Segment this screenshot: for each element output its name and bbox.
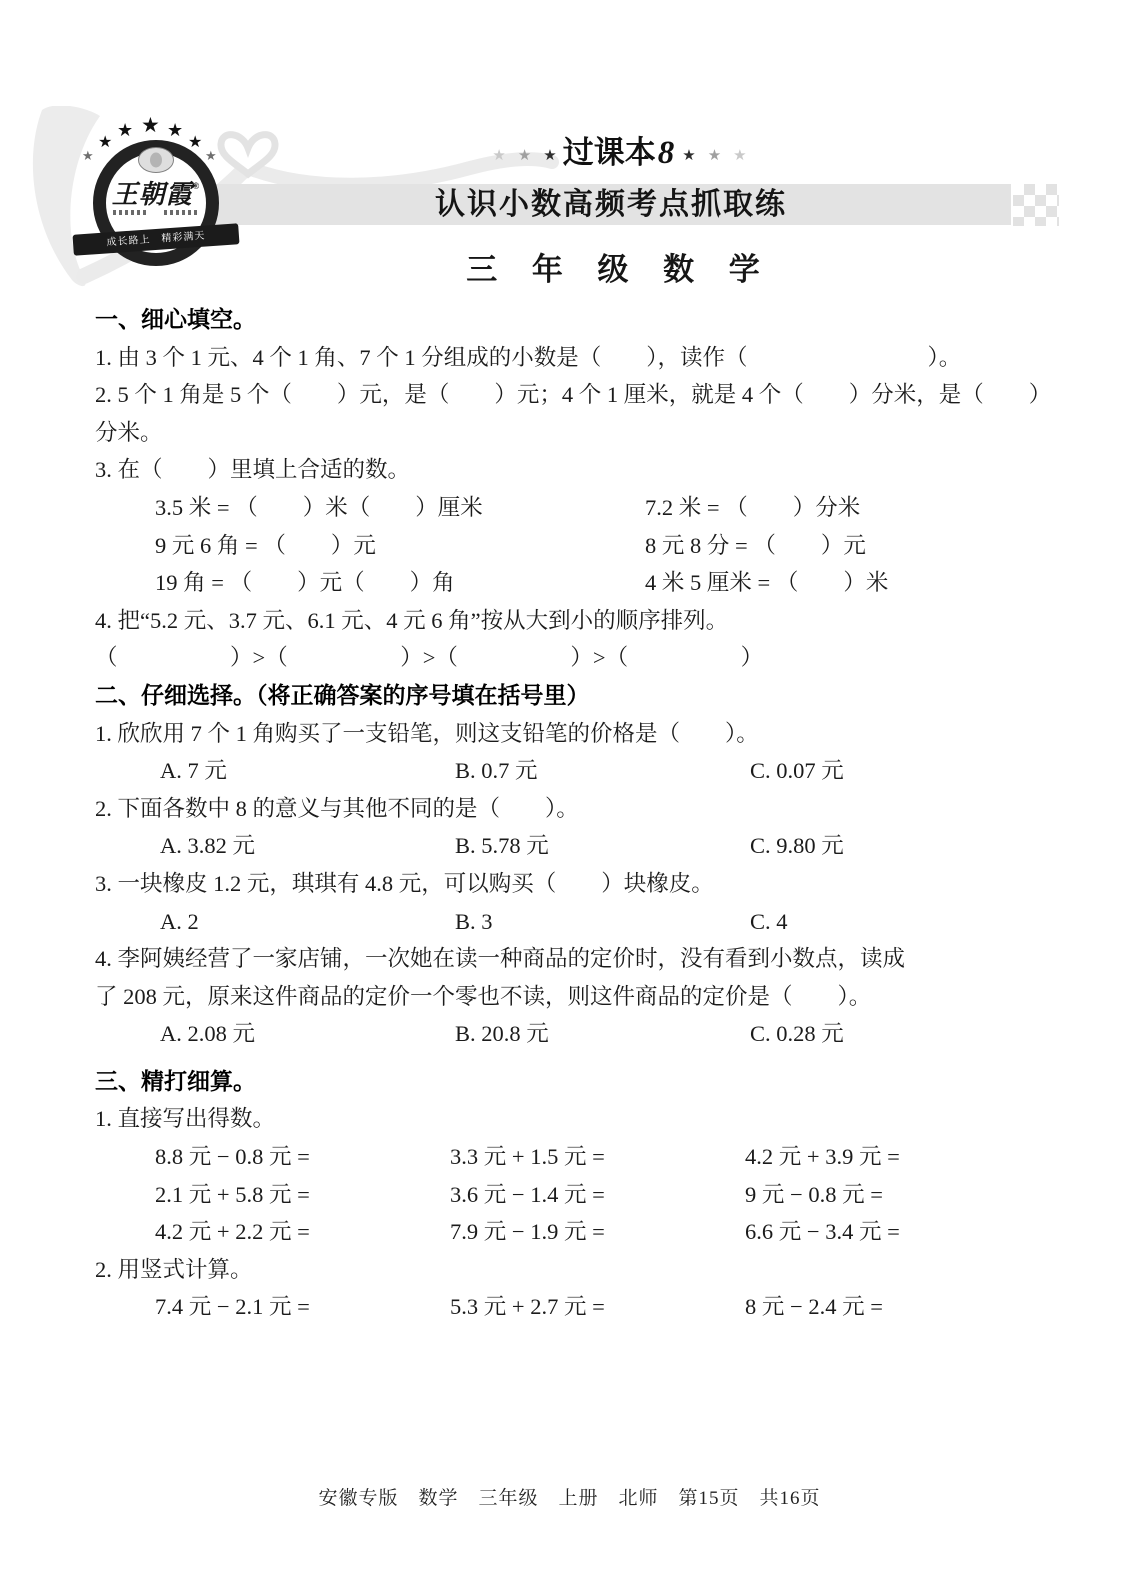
page-header: 认识小数高频考点抓取练 ★★★过课本8★★★ 三 年 级 数 学 ★ ★ ★ ★… — [0, 0, 1139, 300]
title-band: 认识小数高频考点抓取练 — [215, 184, 1011, 225]
series-title: ★★★过课本8★★★ — [100, 127, 1139, 172]
option-a: A. 7 元 — [160, 752, 455, 790]
question-1-4: 4. 把“5.2 元、3.7 元、6.1 元、4 元 6 角”按从大到小的顺序排… — [95, 602, 1095, 640]
question-3-2: 2. 用竖式计算。 — [95, 1251, 1095, 1289]
grade-subtitle: 三 年 级 数 学 — [100, 244, 1139, 289]
conversion-left: 19 角 = （ ）元（ ）角 — [155, 564, 645, 602]
star-icon: ★ — [205, 148, 217, 164]
star-icon: ★ — [492, 148, 505, 164]
star-icon: ★ — [188, 132, 202, 152]
question-1-1: 1. 由 3 个 1 元、4 个 1 角、7 个 1 分组成的小数是（ ），读作… — [95, 339, 1095, 377]
equation: 5.3 元 + 2.7 元 = — [450, 1288, 745, 1326]
equation: 3.6 元 − 1.4 元 = — [450, 1176, 745, 1214]
publisher-logo-badge: ★ ★ ★ ★ ★ ★ ★ 王朝霞® 成长路上 精彩满天 — [80, 112, 232, 262]
star-icon: ★ — [141, 113, 160, 138]
equation: 3.3 元 + 1.5 元 = — [450, 1138, 745, 1176]
series-number: 8 — [656, 135, 677, 171]
equation: 9 元 − 0.8 元 = — [745, 1176, 1095, 1214]
question-1-2: 2. 5 个 1 角是 5 个（ ）元，是（ ）元；4 个 1 厘米，就是 4 … — [95, 376, 1095, 414]
worksheet-page: 认识小数高频考点抓取练 ★★★过课本8★★★ 三 年 级 数 学 ★ ★ ★ ★… — [0, 0, 1139, 1582]
star-icon: ★ — [733, 148, 746, 164]
question-1-3: 3. 在（ ）里填上合适的数。 — [95, 451, 1095, 489]
star-icon: ★ — [167, 120, 183, 141]
conversion-right: 7.2 米 = （ ）分米 — [645, 489, 1095, 527]
question-2-3: 3. 一块橡皮 1.2 元，琪琪有 4.8 元，可以购买（ ）块橡皮。 — [95, 865, 1095, 903]
section-2-heading: 二、仔细选择。（将正确答案的序号填在括号里） — [95, 677, 1095, 715]
star-icon: ★ — [682, 148, 695, 164]
star-icon: ★ — [518, 148, 531, 164]
question-1-4-blanks: （ ）>（ ）>（ ）>（ ） — [95, 639, 1095, 677]
conversion-row: 9 元 6 角 = （ ）元 8 元 8 分 = （ ）元 — [155, 527, 1095, 565]
option-a: A. 2 — [160, 903, 455, 941]
star-icon: ★ — [117, 120, 133, 141]
option-a: A. 2.08 元 — [160, 1015, 455, 1053]
registered-mark-icon: ® — [193, 181, 201, 191]
options-row: A. 3.82 元 B. 5.78 元 C. 9.80 元 — [160, 827, 1095, 865]
option-b: B. 20.8 元 — [455, 1015, 750, 1053]
conversion-left: 3.5 米 = （ ）米（ ）厘米 — [155, 489, 645, 527]
equation: 4.2 元 + 3.9 元 = — [745, 1138, 1095, 1176]
option-c: C. 0.28 元 — [750, 1015, 1095, 1053]
portrait-icon — [138, 147, 174, 173]
equation-row: 4.2 元 + 2.2 元 = 7.9 元 − 1.9 元 = 6.6 元 − … — [155, 1213, 1095, 1251]
equation: 7.4 元 − 2.1 元 = — [155, 1288, 450, 1326]
equation: 4.2 元 + 2.2 元 = — [155, 1213, 450, 1251]
star-icon: ★ — [708, 148, 721, 164]
option-c: C. 0.07 元 — [750, 752, 1095, 790]
equation-row: 2.1 元 + 5.8 元 = 3.6 元 − 1.4 元 = 9 元 − 0.… — [155, 1176, 1095, 1214]
options-row: A. 7 元 B. 0.7 元 C. 0.07 元 — [160, 752, 1095, 790]
worksheet-body: 一、细心填空。 1. 由 3 个 1 元、4 个 1 角、7 个 1 分组成的小… — [95, 301, 1095, 1326]
equation: 8 元 − 2.4 元 = — [745, 1288, 1095, 1326]
equation-row: 8.8 元 − 0.8 元 = 3.3 元 + 1.5 元 = 4.2 元 + … — [155, 1138, 1095, 1176]
checker-pattern-icon — [1013, 184, 1059, 226]
equation: 2.1 元 + 5.8 元 = — [155, 1176, 450, 1214]
options-row: A. 2.08 元 B. 20.8 元 C. 0.28 元 — [160, 1015, 1095, 1053]
conversion-left: 9 元 6 角 = （ ）元 — [155, 527, 645, 565]
question-2-1: 1. 欣欣用 7 个 1 角购买了一支铅笔，则这支铅笔的价格是（ ）。 — [95, 715, 1095, 753]
question-2-4: 4. 李阿姨经营了一家店铺，一次她在读一种商品的定价时，没有看到小数点，读成 — [95, 940, 1095, 978]
conversion-right: 8 元 8 分 = （ ）元 — [645, 527, 1095, 565]
options-row: A. 2 B. 3 C. 4 — [160, 903, 1095, 941]
option-c: C. 9.80 元 — [750, 827, 1095, 865]
section-1-heading: 一、细心填空。 — [95, 301, 1095, 339]
star-icon: ★ — [82, 148, 94, 164]
option-c: C. 4 — [750, 903, 1095, 941]
option-b: B. 0.7 元 — [455, 752, 750, 790]
conversion-row: 3.5 米 = （ ）米（ ）厘米 7.2 米 = （ ）分米 — [155, 489, 1095, 527]
star-icon: ★ — [543, 148, 556, 164]
section-3-heading: 三、精打细算。 — [95, 1063, 1095, 1101]
option-b: B. 3 — [455, 903, 750, 941]
logo-fine-print — [164, 210, 200, 215]
conversion-right: 4 米 5 厘米 = （ ）米 — [645, 564, 1095, 602]
question-1-2-cont: 分米。 — [95, 414, 1095, 452]
option-b: B. 5.78 元 — [455, 827, 750, 865]
question-2-4-cont: 了 208 元，原来这件商品的定价一个零也不读，则这件商品的定价是（ ）。 — [95, 978, 1095, 1016]
series-label: 过课本 — [563, 135, 656, 170]
main-title: 认识小数高频考点抓取练 — [435, 184, 787, 225]
equation: 7.9 元 − 1.9 元 = — [450, 1213, 745, 1251]
page-footer: 安徽专版 数学 三年级 上册 北师 第15页 共16页 — [0, 1483, 1139, 1510]
equation: 6.6 元 − 3.4 元 = — [745, 1213, 1095, 1251]
option-a: A. 3.82 元 — [160, 827, 455, 865]
question-2-2: 2. 下面各数中 8 的意义与其他不同的是（ ）。 — [95, 790, 1095, 828]
equation-row: 7.4 元 − 2.1 元 = 5.3 元 + 2.7 元 = 8 元 − 2.… — [155, 1288, 1095, 1326]
equation: 8.8 元 − 0.8 元 = — [155, 1138, 450, 1176]
conversion-row: 19 角 = （ ）元（ ）角 4 米 5 厘米 = （ ）米 — [155, 564, 1095, 602]
question-3-1: 1. 直接写出得数。 — [95, 1100, 1095, 1138]
logo-name: 王朝霞® — [80, 174, 232, 211]
star-icon: ★ — [98, 132, 112, 152]
logo-fine-print — [113, 210, 149, 215]
